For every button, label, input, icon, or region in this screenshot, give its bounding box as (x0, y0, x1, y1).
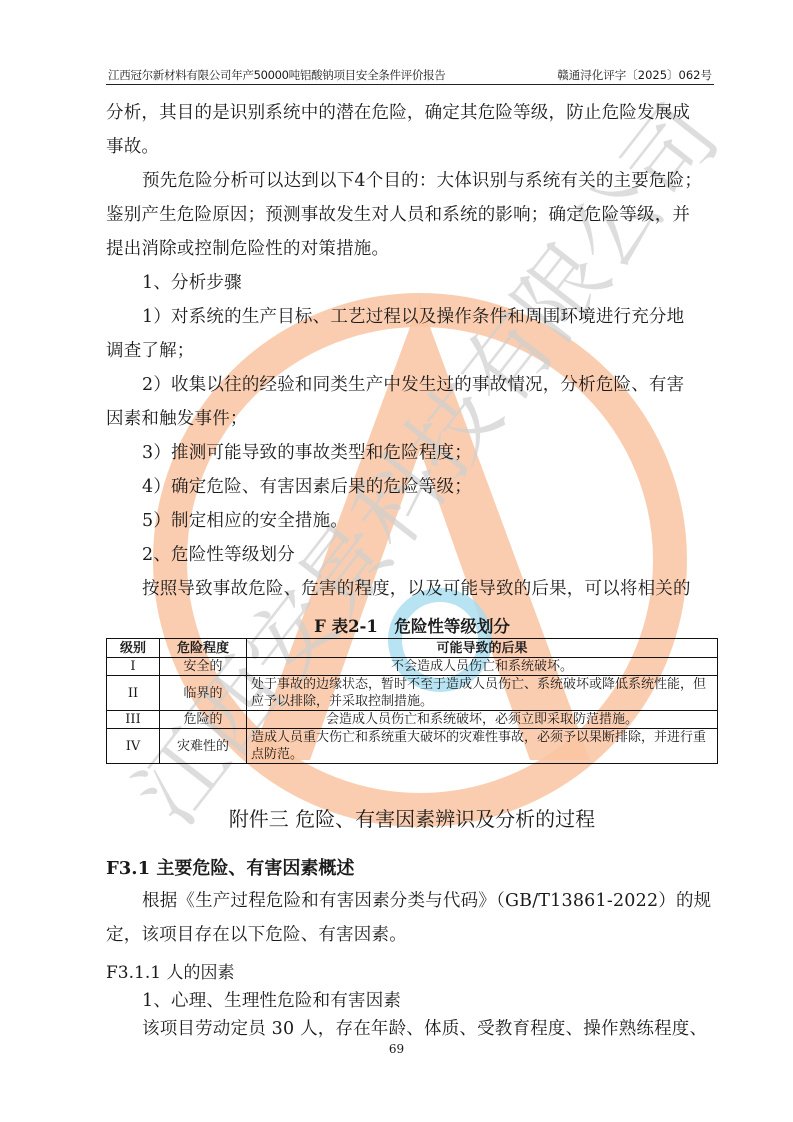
paragraph-line: 按照导致事故危险、危害的程度，以及可能导致的后果，可以将相关的 (106, 572, 754, 606)
table-row: IV 灾难性的 造成人员重大伤亡和系统重大破坏的灾难性事故，必须予以果断排除，并… (107, 729, 718, 764)
step-5: 5）制定相应的安全措施。 (106, 504, 754, 538)
header-report-number: 赣通浔化评字〔2025〕062号 (557, 67, 712, 83)
section-heading: F3.1 主要危险、有害因素概述 (106, 854, 354, 880)
consequence-cell: 会造成人员伤亡和系统破坏，必须立即采取防范措施。 (247, 711, 718, 729)
level-cell: I (107, 658, 160, 676)
level-cell: IV (107, 729, 160, 764)
grade-heading: 2、危险性等级划分 (106, 538, 754, 572)
page-header: 江西冠尔新材料有限公司年产50000吨铝酸钠项目安全条件评价报告 赣通浔化评字〔… (106, 66, 714, 85)
table-header-row: 级别 危险程度 可能导致的后果 (107, 639, 718, 658)
column-header: 可能导致的后果 (247, 639, 718, 658)
step-1: 1）对系统的生产目标、工艺过程以及操作条件和周围环境进行充分地 (106, 300, 754, 334)
paragraph-line: 提出消除或控制危险性的对策措施。 (106, 232, 718, 266)
paragraph-line: 分析，其目的是识别系统中的潜在危险，确定其危险等级，防止危险发展成 (106, 96, 718, 130)
paragraph-line: 预先危险分析可以达到以下4个目的：大体识别与系统有关的主要危险； (106, 164, 754, 198)
consequence-cell: 处于事故的边缘状态，暂时不至于造成人员伤亡、系统破坏或降低系统性能，但应予以排除… (247, 676, 718, 711)
paragraph-line: 该项目劳动定员 30 人，存在年龄、体质、受教育程度、操作熟练程度、 (106, 1012, 754, 1046)
table-row: I 安全的 不会造成人员伤亡和系统破坏。 (107, 658, 718, 676)
table-row: II 临界的 处于事故的边缘状态，暂时不至于造成人员伤亡、系统破坏或降低系统性能… (107, 676, 718, 711)
step-1-cont: 调查了解； (106, 334, 718, 368)
consequence-cell: 造成人员重大伤亡和系统重大破坏的灾难性事故，必须予以果断排除，并进行重点防范。 (247, 729, 718, 764)
hazard-grade-table: 级别 危险程度 可能导致的后果 I 安全的 不会造成人员伤亡和系统破坏。 II … (106, 638, 718, 764)
page-number: 69 (0, 1042, 793, 1056)
document-page: 江西安景科技有限公司 江西冠尔新材料有限公司年产50000吨铝酸钠项目安全条件评… (0, 0, 793, 1122)
step-2: 2）收集以往的经验和同类生产中发生过的事故情况，分析危险、有害 (106, 368, 754, 402)
consequence-cell: 不会造成人员伤亡和系统破坏。 (247, 658, 718, 676)
subsection-heading: F3.1.1 人的因素 (106, 958, 234, 983)
paragraph-line: 鉴别产生危险原因；预测事故发生对人员和系统的影响；确定危险等级，并 (106, 198, 718, 232)
step-4: 4）确定危险、有害因素后果的危险等级； (106, 470, 754, 504)
level-cell: II (107, 676, 160, 711)
degree-cell: 危险的 (160, 711, 247, 729)
paragraph-line: 根据《生产过程危险和有害因素分类与代码》（GB/T13861-2022）的规 (106, 884, 754, 918)
appendix-title: 附件三 危险、有害因素辨识及分析的过程 (106, 803, 718, 832)
level-cell: III (107, 711, 160, 729)
header-report-title: 江西冠尔新材料有限公司年产50000吨铝酸钠项目安全条件评价报告 (108, 67, 445, 83)
paragraph-line: 定，该项目存在以下危险、有害因素。 (106, 918, 718, 952)
step-2-cont: 因素和触发事件； (106, 402, 718, 436)
degree-cell: 灾难性的 (160, 729, 247, 764)
column-header: 危险程度 (160, 639, 247, 658)
table-row: III 危险的 会造成人员伤亡和系统破坏，必须立即采取防范措施。 (107, 711, 718, 729)
table-caption: F 表2-1 危险性等级划分 (106, 613, 718, 637)
step-heading: 1、分析步骤 (106, 266, 754, 300)
degree-cell: 安全的 (160, 658, 247, 676)
step-3: 3）推测可能导致的事故类型和危险程度； (106, 436, 754, 470)
column-header: 级别 (107, 639, 160, 658)
paragraph-line: 事故。 (106, 130, 718, 164)
degree-cell: 临界的 (160, 676, 247, 711)
